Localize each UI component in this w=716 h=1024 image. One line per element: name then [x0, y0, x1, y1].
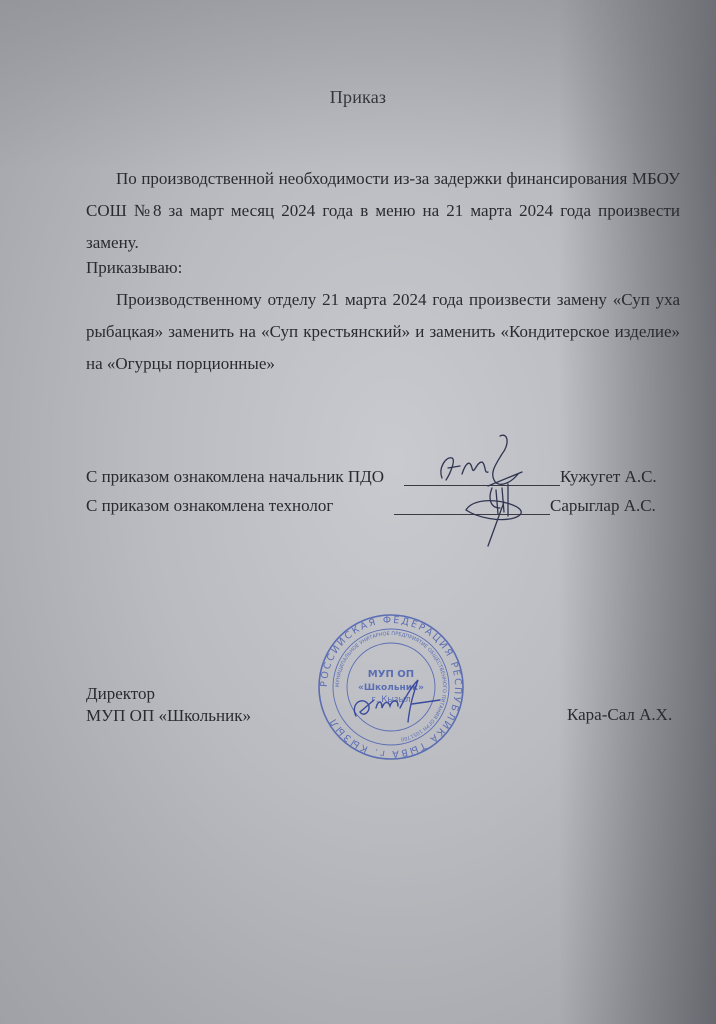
document-page: Приказ По производственной необходимости… — [0, 0, 716, 1024]
acknowledgement-label: С приказом ознакомлена начальник ПДО — [86, 467, 384, 487]
signature-line — [404, 485, 560, 486]
acknowledgement-name: Кужугет А.С. — [560, 467, 657, 487]
paragraph-reason: По производственной необходимости из-за … — [86, 163, 680, 259]
signature-line — [394, 514, 550, 515]
acknowledgement-name: Сарыглар А.С. — [550, 496, 656, 516]
director-block: Директор МУП ОП «Школьник» — [86, 683, 251, 727]
acknowledgement-row: С приказом ознакомлена начальник ПДО Куж… — [86, 467, 686, 491]
organization-stamp: РОССИЙСКАЯ ФЕДЕРАЦИЯ РЕСПУБЛИКА ТЫВА г. … — [316, 612, 466, 762]
director-organization: МУП ОП «Школьник» — [86, 705, 251, 727]
director-name: Кара-Сал А.Х. — [567, 705, 672, 725]
paragraph-order: Производственному отделу 21 марта 2024 г… — [86, 284, 680, 380]
orders-label: Приказываю: — [86, 258, 182, 278]
acknowledgement-label: С приказом ознакомлена технолог — [86, 496, 333, 516]
document-title: Приказ — [0, 87, 716, 108]
acknowledgement-row: С приказом ознакомлена технолог Сарыглар… — [86, 496, 686, 520]
director-position: Директор — [86, 683, 251, 705]
svg-text:МУП ОП: МУП ОП — [368, 669, 414, 680]
